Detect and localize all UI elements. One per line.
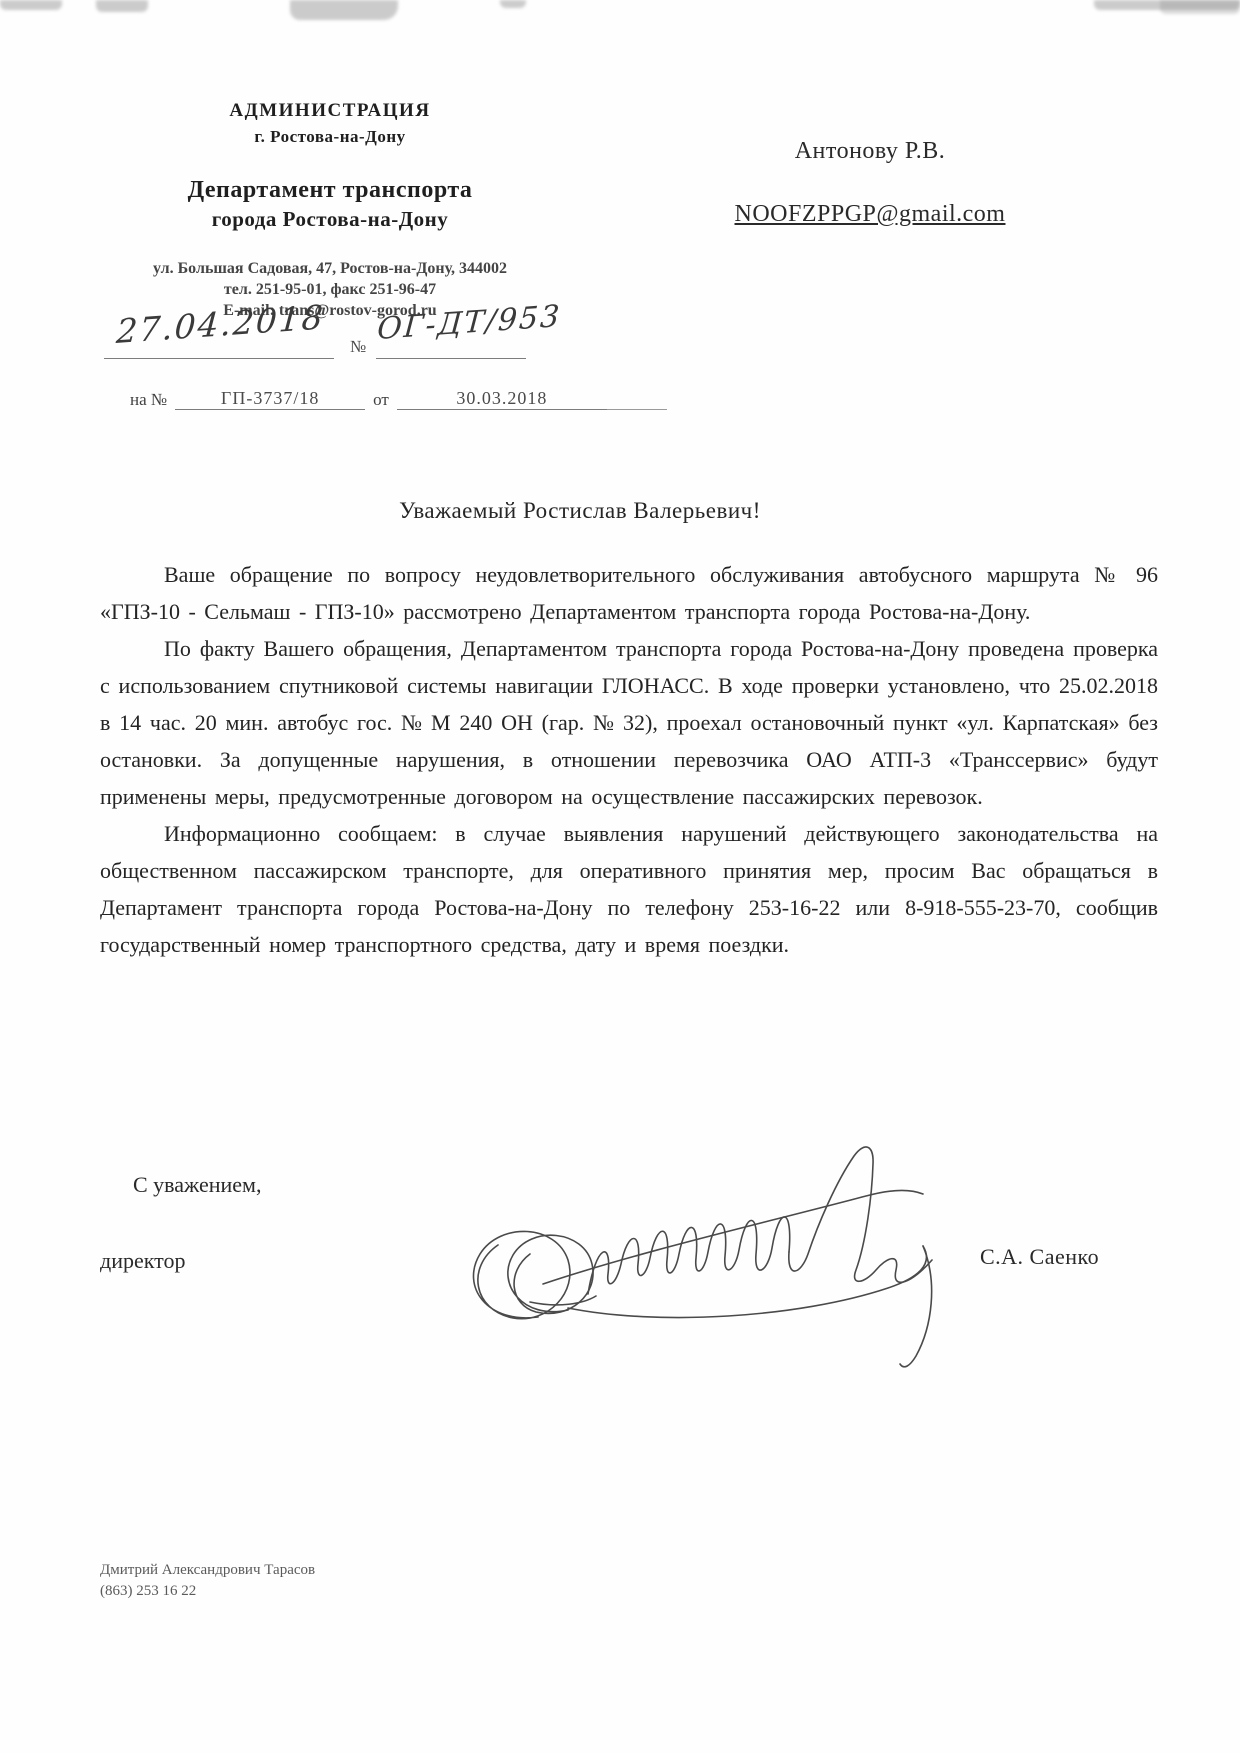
outgoing-number-field: ОГ-ДТ/953: [376, 312, 526, 359]
letterhead: АДМИНИСТРАЦИЯ г. Ростова-на-Дону Департа…: [118, 100, 542, 321]
incoming-ref-date: 30.03.2018: [397, 388, 607, 410]
recipient-block: Антонову Р.В. NOOFZPPGP@gmail.com: [660, 138, 1080, 228]
letterhead-phone: тел. 251-95-01, факс 251-96-47: [118, 279, 542, 300]
salutation: Уважаемый Ростислав Валерьевич!: [100, 498, 1060, 524]
closing-regards: С уважением,: [133, 1172, 261, 1198]
incoming-ref-from-label: от: [373, 390, 389, 410]
org-name-line1: АДМИНИСТРАЦИЯ: [118, 100, 542, 122]
executor-block: Дмитрий Александрович Тарасов (863) 253 …: [100, 1560, 315, 1602]
scan-artifact: [0, 0, 62, 10]
signer-name: С.А. Саенко: [980, 1244, 1099, 1270]
executor-name: Дмитрий Александрович Тарасов: [100, 1560, 315, 1581]
incoming-reference-line: на № ГП-3737/18 от 30.03.2018: [130, 388, 667, 410]
recipient-email: NOOFZPPGP@gmail.com: [660, 201, 1080, 228]
scan-artifact: [500, 0, 526, 8]
number-sign: №: [350, 337, 366, 357]
signature: [418, 1112, 942, 1380]
letter-body: Ваше обращение по вопросу неудовлетворит…: [100, 556, 1158, 963]
incoming-ref-number: ГП-3737/18: [175, 388, 365, 410]
signer-position: директор: [100, 1248, 185, 1274]
department-line1: Департамент транспорта: [118, 177, 542, 204]
scan-artifact: [96, 0, 148, 12]
scan-artifact: [1160, 0, 1240, 14]
letterhead-address: ул. Большая Садовая, 47, Ростов-на-Дону,…: [118, 258, 542, 279]
outgoing-reference-line: 27.04.2018 № ОГ-ДТ/953: [104, 312, 584, 359]
scanned-letter-page: АДМИНИСТРАЦИЯ г. Ростова-на-Дону Департа…: [0, 0, 1240, 1753]
scan-artifact: [290, 0, 398, 20]
paragraph-2: По факту Вашего обращения, Департаментом…: [100, 630, 1158, 815]
department-line2: города Ростова-на-Дону: [118, 207, 542, 232]
blank-line: [607, 399, 667, 410]
paragraph-3: Информационно сообщаем: в случае выявлен…: [100, 815, 1158, 963]
incoming-ref-label: на №: [130, 390, 167, 410]
executor-phone: (863) 253 16 22: [100, 1581, 315, 1602]
recipient-name: Антонову Р.В.: [660, 138, 1080, 165]
outgoing-date-field: 27.04.2018: [104, 312, 334, 359]
org-name-line2: г. Ростова-на-Дону: [118, 127, 542, 147]
paragraph-1: Ваше обращение по вопросу неудовлетворит…: [100, 556, 1158, 630]
